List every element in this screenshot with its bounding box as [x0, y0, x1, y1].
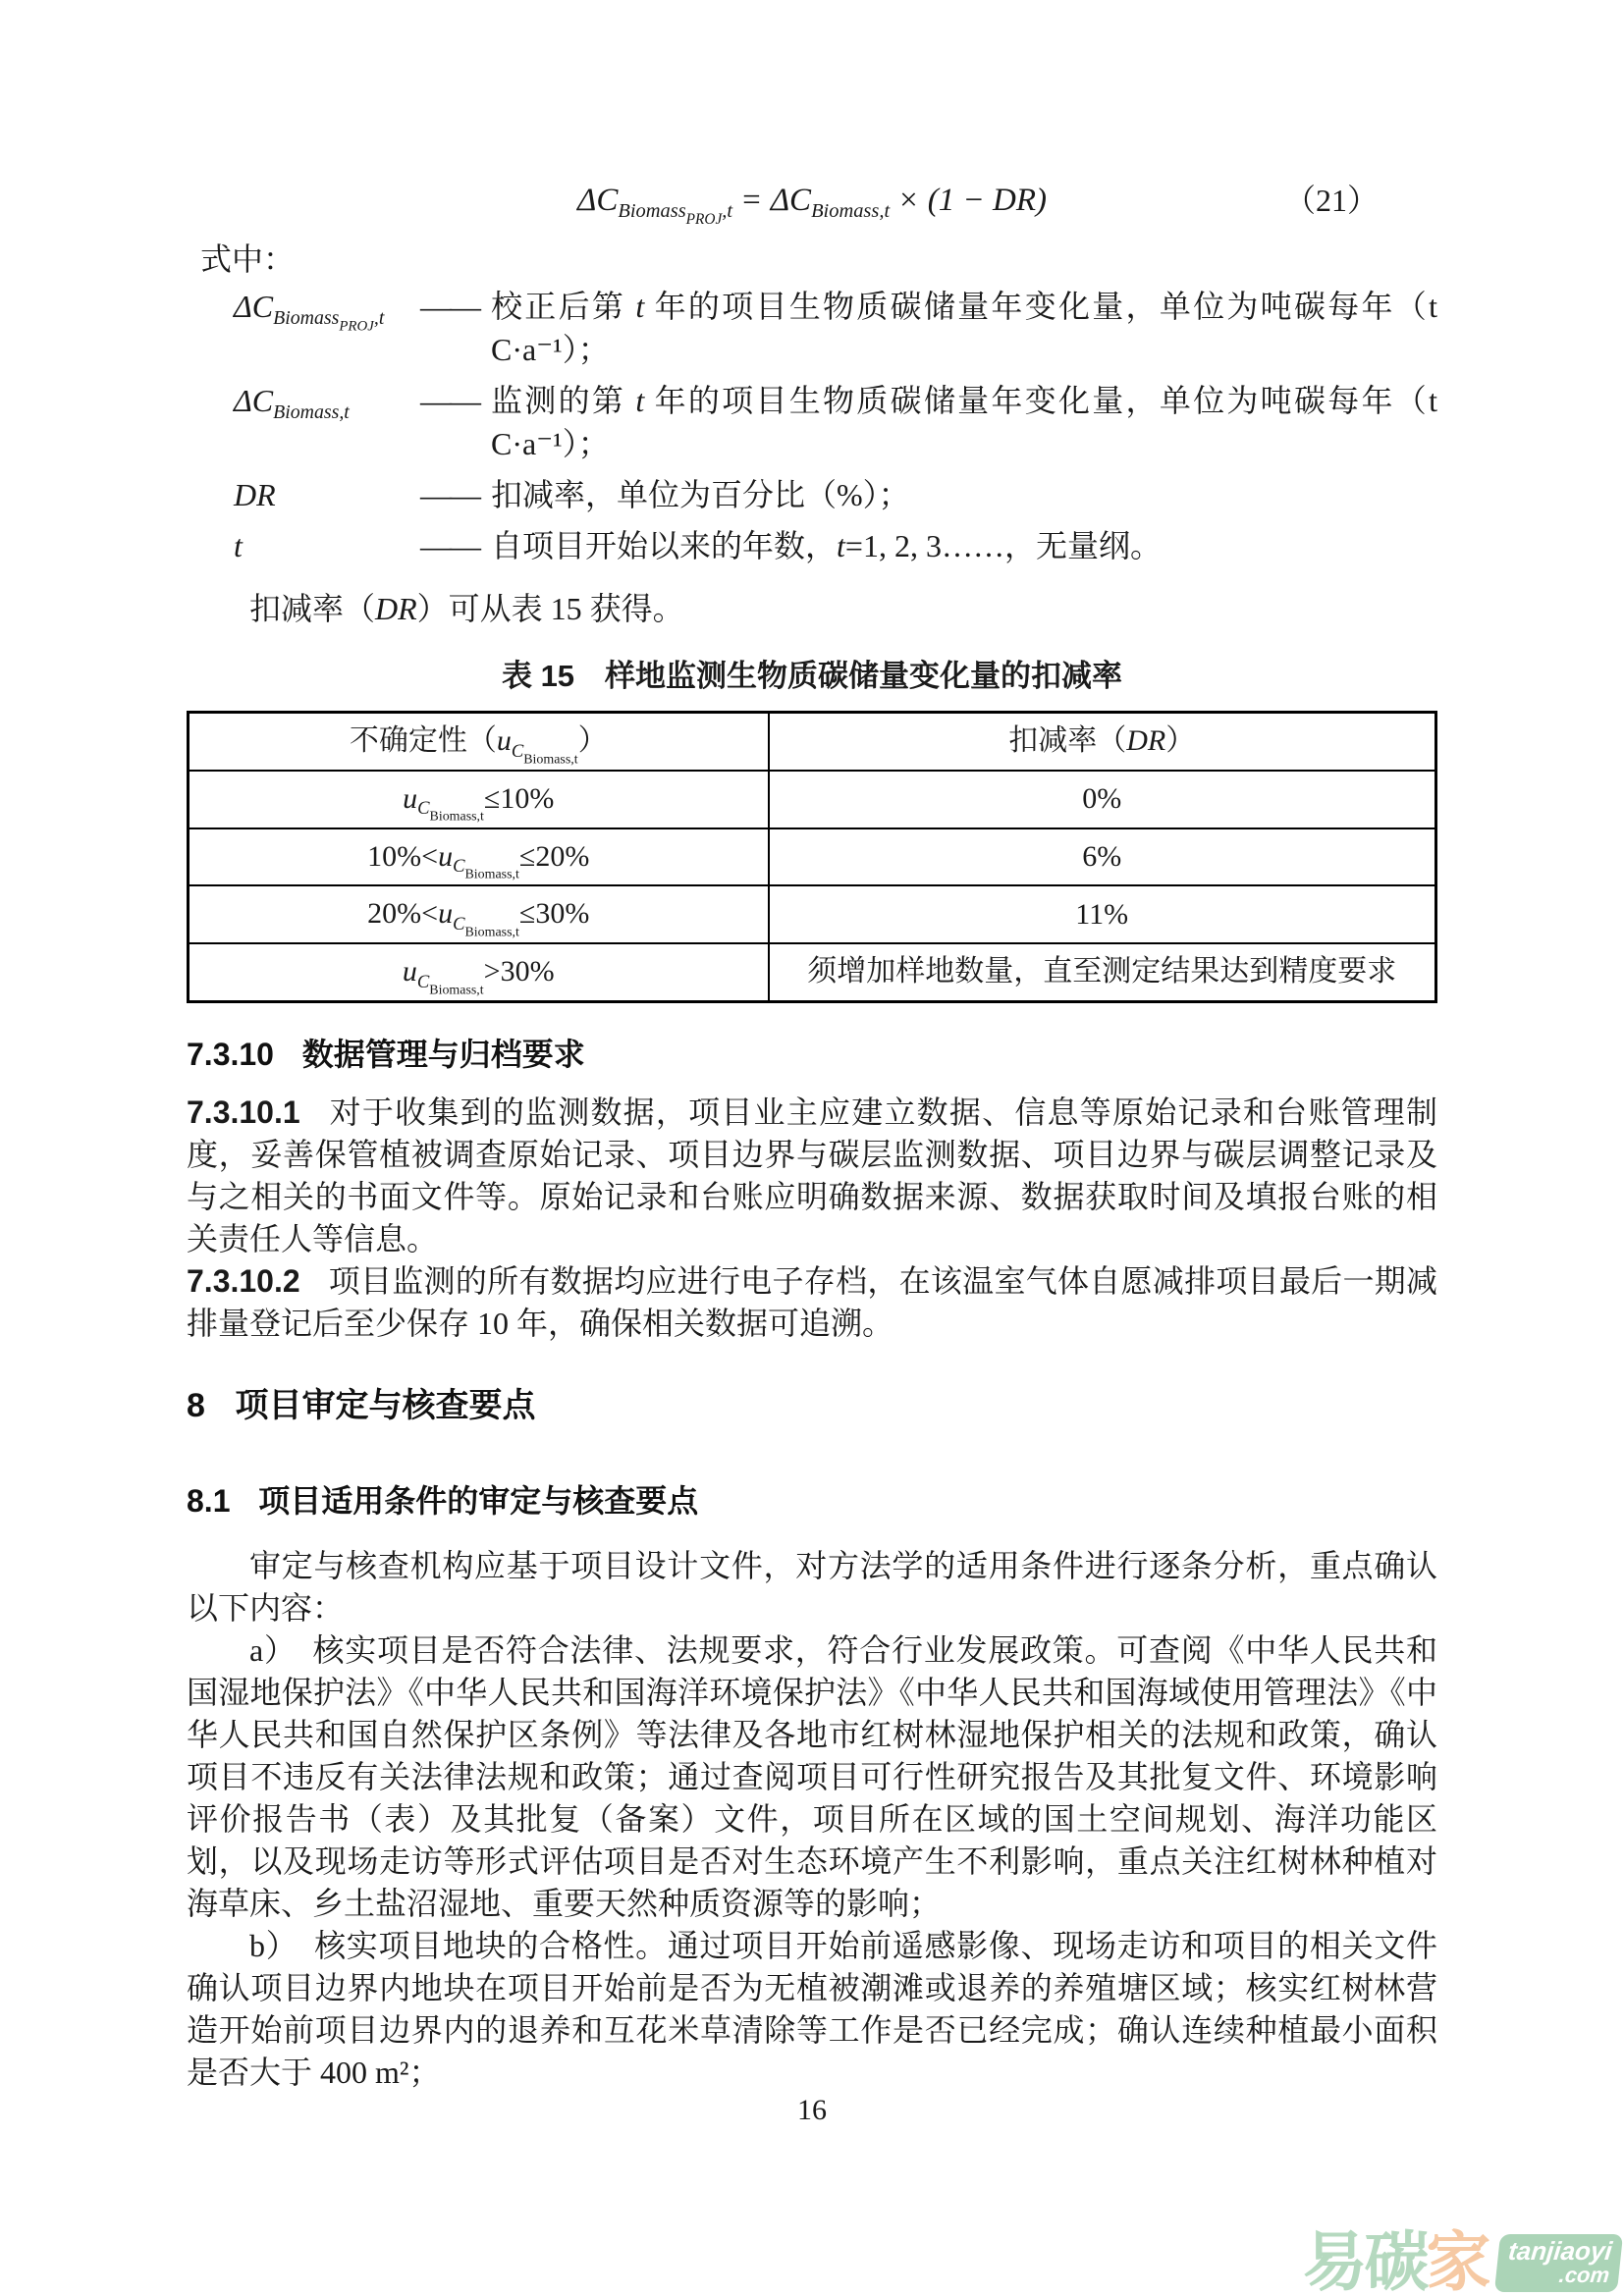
watermark-text-orange: 家: [1427, 2229, 1491, 2294]
hdr-part: 不确定性（: [350, 724, 497, 757]
dr-note: 扣减率（DR）可从表 15 获得。: [187, 587, 1437, 630]
dr-cell: 6%: [769, 828, 1436, 886]
tanjiaoyi-watermark: 易碳 家 tanjiaoyi .com: [1303, 2229, 1620, 2294]
definition-desc: 扣减率，单位为百分比（%）；: [491, 473, 1437, 516]
definition-row: t —— 自项目开始以来的年数，t=1, 2, 3……，无量纲。: [187, 524, 1437, 567]
eq-lhs-tail: ,t: [722, 200, 732, 222]
hdr-part-italic: DR: [1126, 724, 1165, 757]
cell-part: 20%<: [367, 897, 438, 930]
watermark-badge-line2: .com: [1557, 2265, 1610, 2286]
where-label: 式中：: [200, 238, 1437, 281]
definition-dash: ——: [420, 379, 491, 465]
cell-part: ≤20%: [519, 840, 589, 873]
hdr-math-sub: C: [512, 741, 523, 762]
table-15: 不确定性（uCBiomass,t） 扣减率（DR） uCBiomass,t≤10…: [187, 711, 1437, 1003]
watermark-text-green: 易碳: [1303, 2229, 1427, 2294]
heading-7-3-10: 7.3.10数据管理与归档要求: [187, 1033, 1437, 1076]
page-number: 16: [0, 2094, 1624, 2127]
paragraph-item-a: a） 核实项目是否符合法律、法规要求，符合行业发展政策。可查阅《中华人民共和国湿…: [187, 1629, 1437, 1925]
term-subsub: PROJ: [339, 319, 374, 335]
desc-part-italic: t: [837, 528, 845, 563]
heading-title: 数据管理与归档要求: [302, 1037, 585, 1072]
definition-dash: ——: [420, 473, 491, 516]
table-row: uCBiomass,t≤10% 0%: [189, 771, 1436, 828]
definition-desc: 自项目开始以来的年数，t=1, 2, 3……，无量纲。: [491, 524, 1437, 567]
eq-lhs-sub: Biomass: [618, 200, 685, 222]
eq-lhs-subsub: PROJ: [686, 211, 723, 228]
uncertainty-cell: 10%<uCBiomass,t≤20%: [189, 828, 769, 886]
cell-part: 10%<: [367, 840, 438, 873]
eq-rhs-base: ΔC: [771, 183, 811, 218]
cell-math-base: u: [403, 955, 417, 988]
term-base: ΔC: [234, 383, 273, 418]
desc-part-italic: t: [635, 289, 644, 324]
note-part-italic: DR: [375, 591, 417, 626]
paragraph-7-3-10-1: 7.3.10.1对于收集到的监测数据，项目业主应建立数据、信息等原始记录和台账管…: [187, 1092, 1437, 1260]
cell-part: ≤30%: [519, 897, 589, 930]
note-part: 扣减率（: [249, 591, 375, 626]
hdr-part: ）: [1165, 724, 1195, 757]
cell-math-base: u: [403, 782, 417, 815]
definition-desc: 监测的第 t 年的项目生物质碳储量年变化量，单位为吨碳每年（t C·a⁻¹）；: [491, 379, 1437, 465]
heading-title: 项目适用条件的审定与核查要点: [258, 1483, 698, 1519]
definition-row: DR —— 扣减率，单位为百分比（%）；: [187, 473, 1437, 516]
term-base: DR: [234, 477, 276, 512]
heading-8: 8项目审定与核查要点: [187, 1382, 1437, 1429]
symbol-definitions: ΔCBiomassPROJ,t —— 校正后第 t 年的项目生物质碳储量年变化量…: [187, 285, 1437, 567]
cell-math-base: u: [438, 897, 453, 930]
table-row: uCBiomass,t>30% 须增加样地数量，直至测定结果达到精度要求: [189, 943, 1436, 1001]
dr-cell: 须增加样地数量，直至测定结果达到精度要求: [769, 943, 1436, 1001]
heading-number: 7.3.10: [187, 1037, 274, 1072]
eq-equals: =: [732, 183, 771, 218]
heading-number: 8: [187, 1387, 205, 1424]
cell-math-subsub: Biomass,t: [429, 983, 483, 997]
desc-part: 扣减率，单位为百分比（%）；: [491, 477, 910, 512]
heading-title: 项目审定与核查要点: [236, 1387, 536, 1424]
definition-dash: ——: [420, 285, 491, 371]
term-sub: Biomass: [273, 307, 339, 329]
desc-part: 校正后第: [491, 289, 635, 324]
hdr-part: ）: [578, 724, 608, 757]
cell-math-base: u: [438, 840, 453, 873]
term-tail: ,t: [374, 307, 384, 329]
cell-math-sub: C: [417, 798, 429, 819]
cell-math-sub: C: [453, 914, 464, 934]
definition-row: ΔCBiomass,t —— 监测的第 t 年的项目生物质碳储量年变化量，单位为…: [187, 379, 1437, 465]
paragraph-item-b: b） 核实项目地块的合格性。通过项目开始前遥感影像、现场走访和项目的相关文件确认…: [187, 1925, 1437, 2094]
clause-number: 7.3.10.2: [187, 1263, 300, 1299]
cell-math-subsub: Biomass,t: [464, 925, 518, 939]
heading-number: 8.1: [187, 1483, 230, 1519]
equation-21-formula: ΔCBiomassPROJ,t=ΔCBiomass,t×(1 − DR): [187, 175, 1437, 226]
desc-part-italic: t: [635, 383, 644, 418]
cell-math-sub: C: [417, 972, 429, 992]
document-page: ΔCBiomassPROJ,t=ΔCBiomass,t×(1 − DR) （21…: [0, 0, 1624, 2296]
eq-times: ×: [890, 183, 928, 218]
definition-term: DR: [187, 473, 420, 516]
uncertainty-cell: uCBiomass,t>30%: [189, 943, 769, 1001]
desc-part: =1, 2, 3……，无量纲。: [845, 528, 1162, 563]
definition-term: t: [187, 524, 420, 567]
term-base: t: [234, 528, 243, 563]
eq-lhs-base: ΔC: [577, 183, 618, 218]
hdr-math-base: u: [497, 724, 512, 757]
dr-cell: 0%: [769, 771, 1436, 828]
eq-factor: (1 − DR): [928, 183, 1047, 218]
cell-math-sub: C: [453, 856, 464, 877]
clause-text: 项目监测的所有数据均应进行电子存档，在该温室气体自愿减排项目最后一期减排量登记后…: [187, 1263, 1437, 1341]
desc-part: 监测的第: [491, 383, 635, 418]
clause-text: 对于收集到的监测数据，项目业主应建立数据、信息等原始记录和台账管理制度，妥善保管…: [187, 1095, 1437, 1256]
hdr-part: 扣减率（: [1008, 724, 1126, 757]
uncertainty-cell: uCBiomass,t≤10%: [189, 771, 769, 828]
hdr-math-subsub: Biomass,t: [523, 752, 577, 767]
table-row: 10%<uCBiomass,t≤20% 6%: [189, 828, 1436, 886]
cell-math-subsub: Biomass,t: [430, 810, 484, 825]
table-row: 20%<uCBiomass,t≤30% 11%: [189, 885, 1436, 943]
dr-cell: 11%: [769, 885, 1436, 943]
clause-number: 7.3.10.1: [187, 1095, 300, 1130]
eq-rhs-sub: Biomass,t: [811, 200, 890, 222]
term-sub: Biomass,t: [273, 401, 350, 423]
table-header-row: 不确定性（uCBiomass,t） 扣减率（DR）: [189, 713, 1436, 771]
uncertainty-cell: 20%<uCBiomass,t≤30%: [189, 885, 769, 943]
cell-math-subsub: Biomass,t: [464, 867, 518, 881]
definition-term: ΔCBiomass,t: [187, 379, 420, 465]
cell-part: ≤10%: [484, 782, 554, 815]
equation-number: （21）: [1284, 175, 1379, 226]
table-15-caption: 表 15 样地监测生物质碳储量变化量的扣减率: [187, 656, 1437, 697]
equation-21: ΔCBiomassPROJ,t=ΔCBiomass,t×(1 − DR) （21…: [187, 175, 1437, 226]
definition-row: ΔCBiomassPROJ,t —— 校正后第 t 年的项目生物质碳储量年变化量…: [187, 285, 1437, 371]
cell-part: >30%: [484, 955, 555, 988]
term-base: ΔC: [234, 289, 273, 324]
note-part: ）可从表 15 获得。: [417, 591, 684, 626]
desc-part: 自项目开始以来的年数，: [491, 528, 837, 563]
col-uncertainty-header: 不确定性（uCBiomass,t）: [189, 713, 769, 771]
paragraph-7-3-10-2: 7.3.10.2项目监测的所有数据均应进行电子存档，在该温室气体自愿减排项目最后…: [187, 1260, 1437, 1345]
watermark-badge-line1: tanjiaoyi: [1506, 2238, 1612, 2265]
definition-desc: 校正后第 t 年的项目生物质碳储量年变化量，单位为吨碳每年（t C·a⁻¹）；: [491, 285, 1437, 371]
col-dr-header: 扣减率（DR）: [769, 713, 1436, 771]
heading-8-1: 8.1项目适用条件的审定与核查要点: [187, 1478, 1437, 1523]
watermark-badge: tanjiaoyi .com: [1493, 2234, 1623, 2292]
definition-dash: ——: [420, 524, 491, 567]
paragraph-intro: 审定与核查机构应基于项目设计文件，对方法学的适用条件进行逐条分析，重点确认以下内…: [187, 1545, 1437, 1629]
definition-term: ΔCBiomassPROJ,t: [187, 285, 420, 371]
